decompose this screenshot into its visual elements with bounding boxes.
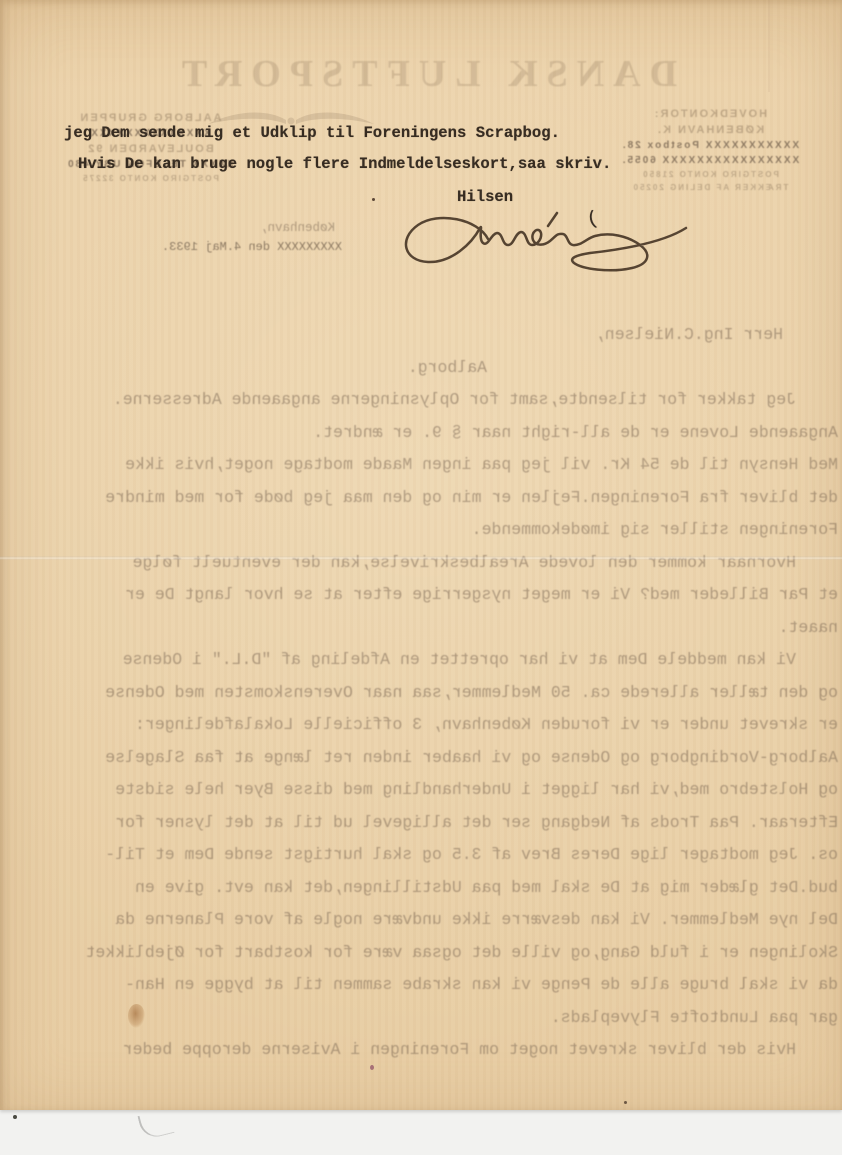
bleed-body-line: Hvis der bliver skrevet noget om Forenin… bbox=[123, 1040, 796, 1059]
bleed-body-line: Aalborg. bbox=[408, 358, 487, 377]
bleed-body-line: Hvornaar kommer den lovede Arealbeskrive… bbox=[133, 553, 796, 572]
bleed-group-line: POSTGIRO KONTO 32275 bbox=[40, 174, 260, 183]
bleed-through-layer: DANSK LUFTSPORT HOVEDKONTOR: KØBENHAVN K… bbox=[0, 0, 842, 1110]
vertical-crease bbox=[768, 0, 770, 92]
speck bbox=[624, 1101, 627, 1104]
bleed-body-line: et Par Billeder med? Vi er meget nysgerr… bbox=[125, 585, 838, 604]
bleed-group-line: BOULEVARDEN 92 bbox=[40, 143, 260, 155]
bleed-office-line-struck: XXXXXXXXXXXXXXXX 6055. bbox=[600, 155, 820, 166]
bleed-body-line: det bliver fra Foreningen.Fejlen er min … bbox=[105, 488, 838, 507]
bleed-letterhead-title: DANSK LUFTSPORT bbox=[125, 52, 725, 96]
typed-line-2: Hvis De kan bruge nogle flere Indmeldels… bbox=[78, 155, 611, 173]
bleed-body-line: Angaaende Lovene er de all-right naar § … bbox=[313, 423, 838, 442]
bleed-office-line: POSTGIRO KONTO 21850 bbox=[600, 170, 820, 179]
bleed-body-line: er skrevet under er vi foruden København… bbox=[135, 715, 838, 734]
typed-closing: Hilsen bbox=[457, 188, 513, 206]
bleed-office-line: TRÆKKER AF DELING 20250 bbox=[600, 183, 820, 192]
bleed-body-line: da vi skal bruge alle de Penge vi kan sk… bbox=[125, 975, 838, 994]
signature-handwriting bbox=[376, 205, 698, 283]
bleed-date-line: XXXXXXXXX den 4.Maj 1933. bbox=[162, 240, 342, 254]
bleed-body-line: os. Jeg modtager lige Deres Brev af 3.5 … bbox=[105, 845, 838, 864]
speck-on-background bbox=[13, 1115, 17, 1119]
bleed-group-line-struck: XXXXXXXXXXXXXX bbox=[40, 128, 260, 139]
fold-crease bbox=[0, 556, 842, 560]
bleed-body-line: Efteraar. Paa Trods af Nedgang ser det a… bbox=[115, 813, 838, 832]
scanned-letter: DANSK LUFTSPORT HOVEDKONTOR: KØBENHAVN K… bbox=[0, 0, 842, 1155]
bleed-aalborg-group-block: AALBORG GRUPPEN XXXXXXXXXXXXXX BOULEVARD… bbox=[40, 112, 260, 187]
bleed-body-line: Del nye Medlemmer. Vi kan desværre ikke … bbox=[115, 910, 838, 929]
red-speck bbox=[370, 1065, 374, 1070]
bleed-body-line: Foreningen stiller sig imødekommende. bbox=[472, 520, 838, 539]
pencil-squiggle bbox=[137, 1109, 174, 1141]
ink-speck bbox=[372, 198, 375, 201]
bleed-body-line: Jeg takker for tilsendte,samt for Oplysn… bbox=[113, 390, 796, 409]
wings-emblem-bleed bbox=[206, 106, 376, 132]
bleed-office-line-struck: XXXXXXXXXXX Postbox 28. bbox=[600, 140, 820, 151]
bleed-body-line: Vi kan meddele Dem at vi har oprettet en… bbox=[123, 650, 796, 669]
bleed-office-line: HOVEDKONTOR: bbox=[600, 108, 820, 120]
bleed-body-line: bud.Det glæder mig at De skal med paa Ud… bbox=[135, 878, 838, 897]
paper-sheet: DANSK LUFTSPORT HOVEDKONTOR: KØBENHAVN K… bbox=[0, 0, 842, 1110]
bleed-head-office-block: HOVEDKONTOR: KØBENHAVN K. XXXXXXXXXXX Po… bbox=[600, 108, 820, 196]
bleed-body-line: Aalborg-Vordingborg og Odense og vi haab… bbox=[105, 748, 838, 767]
bleed-date-place: København, bbox=[260, 221, 335, 235]
typed-line-1: jeg Dem sende mig et Udklip til Forening… bbox=[64, 124, 560, 142]
bleed-body-line: Med Hensyn til de 54 Kr. vil jeg paa ing… bbox=[125, 455, 838, 474]
bleed-group-line-struck: XXXXX TELEFON UBY 480 bbox=[40, 159, 260, 170]
bleed-body-line: Herr Ing.C.Nielsen, bbox=[595, 325, 783, 344]
bleed-body-line: naaet. bbox=[779, 618, 838, 637]
bleed-group-line: AALBORG GRUPPEN bbox=[40, 112, 260, 124]
bleed-body-line: gar paa Lundtofte Flyveplads. bbox=[551, 1008, 838, 1027]
stray-ink-mark: ( bbox=[585, 207, 601, 231]
bleed-body-line: og Holstebro med,vi har ligget i Underha… bbox=[115, 780, 838, 799]
bleed-body-line: og den tæller allerede ca. 50 Medlemmer,… bbox=[105, 683, 838, 702]
bleed-body-line: Skolingen er i fuld Gang,og ville det og… bbox=[85, 943, 838, 962]
stain bbox=[128, 1004, 145, 1028]
bleed-office-line: KØBENHAVN K. bbox=[600, 124, 820, 136]
